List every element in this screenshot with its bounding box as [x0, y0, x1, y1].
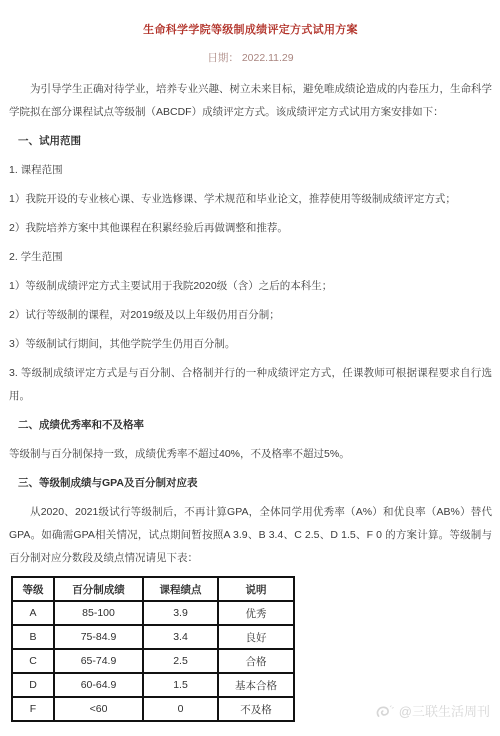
cell-score: 60-64.9: [54, 673, 143, 697]
section2-heading: 二、成绩优秀率和不及格率: [9, 414, 492, 437]
course-scope-item-1: 1）我院开设的专业核心课、专业选修课、学术规范和毕业论文，推荐使用等级制成绩评定…: [9, 188, 492, 211]
date-label: 日期：: [207, 52, 239, 64]
sanlian-spiral-logo-icon: [374, 704, 396, 719]
cell-score: 75-84.9: [54, 625, 143, 649]
cell-score: 85-100: [54, 601, 143, 625]
header-percent-score: 百分制成绩: [54, 577, 143, 601]
page-title: 生命科学学院等级制成绩评定方式试用方案: [9, 23, 492, 37]
header-description: 说明: [218, 577, 294, 601]
table-row: B 75-84.9 3.4 良好: [12, 625, 294, 649]
table-row: F <60 0 不及格: [12, 697, 294, 721]
rate-limits-paragraph: 等级制与百分制保持一致，成绩优秀率不超过40%，不及格率不超过5%。: [9, 443, 492, 466]
student-scope-item-1: 1）等级制成绩评定方式主要试用于我院2020级（含）之后的本科生；: [9, 275, 492, 298]
watermark: @三联生活周刊: [374, 704, 490, 719]
cell-desc: 合格: [218, 649, 294, 673]
grade-table-body: A 85-100 3.9 优秀 B 75-84.9 3.4 良好 C 65-74…: [12, 601, 294, 721]
cell-score: 65-74.9: [54, 649, 143, 673]
parallel-system-note: 3. 等级制成绩评定方式是与百分制、合格制并行的一种成绩评定方式，任课教师可根据…: [9, 362, 492, 408]
course-scope-subheading: 1. 课程范围: [9, 159, 492, 182]
cell-desc: 基本合格: [218, 673, 294, 697]
cell-gpa: 0: [143, 697, 218, 721]
table-row: A 85-100 3.9 优秀: [12, 601, 294, 625]
student-scope-subheading: 2. 学生范围: [9, 246, 492, 269]
table-row: D 60-64.9 1.5 基本合格: [12, 673, 294, 697]
cell-score: <60: [54, 697, 143, 721]
gpa-policy-paragraph: 从2020、2021级试行等级制后，不再计算GPA，全体同学用优秀率（A%）和优…: [9, 501, 492, 570]
cell-grade: F: [12, 697, 54, 721]
cell-desc: 不及格: [218, 697, 294, 721]
cell-gpa: 3.9: [143, 601, 218, 625]
cell-desc: 良好: [218, 625, 294, 649]
section1-heading: 一、试用范围: [9, 130, 492, 153]
course-scope-item-2: 2）我院培养方案中其他课程在积累经验后再做调整和推荐。: [9, 217, 492, 240]
date-value: 2022.11.29: [242, 52, 294, 64]
intro-paragraph: 为引导学生正确对待学业，培养专业兴趣、树立未来目标，避免唯成绩论造成的内卷压力，…: [9, 78, 492, 124]
grade-table-header: 等级 百分制成绩 课程绩点 说明: [12, 577, 294, 601]
section3-heading: 三、等级制成绩与GPA及百分制对应表: [9, 472, 492, 495]
cell-gpa: 3.4: [143, 625, 218, 649]
cell-gpa: 2.5: [143, 649, 218, 673]
document-page: 生命科学学院等级制成绩评定方式试用方案 日期： 2022.11.29 为引导学生…: [0, 0, 500, 736]
header-grade: 等级: [12, 577, 54, 601]
table-header-row: 等级 百分制成绩 课程绩点 说明: [12, 577, 294, 601]
student-scope-item-3: 3）等级制试行期间，其他学院学生仍用百分制。: [9, 333, 492, 356]
cell-grade: A: [12, 601, 54, 625]
grade-mapping-table: 等级 百分制成绩 课程绩点 说明 A 85-100 3.9 优秀 B 75-84…: [11, 576, 295, 722]
date-line: 日期： 2022.11.29: [9, 51, 492, 65]
table-row: C 65-74.9 2.5 合格: [12, 649, 294, 673]
student-scope-item-2: 2）试行等级制的课程，对2019级及以上年级仍用百分制；: [9, 304, 492, 327]
watermark-handle: @三联生活周刊: [399, 704, 490, 719]
cell-grade: B: [12, 625, 54, 649]
cell-gpa: 1.5: [143, 673, 218, 697]
document-body: 为引导学生正确对待学业，培养专业兴趣、树立未来目标，避免唯成绩论造成的内卷压力，…: [9, 78, 492, 722]
header-course-gpa: 课程绩点: [143, 577, 218, 601]
cell-grade: C: [12, 649, 54, 673]
cell-grade: D: [12, 673, 54, 697]
cell-desc: 优秀: [218, 601, 294, 625]
